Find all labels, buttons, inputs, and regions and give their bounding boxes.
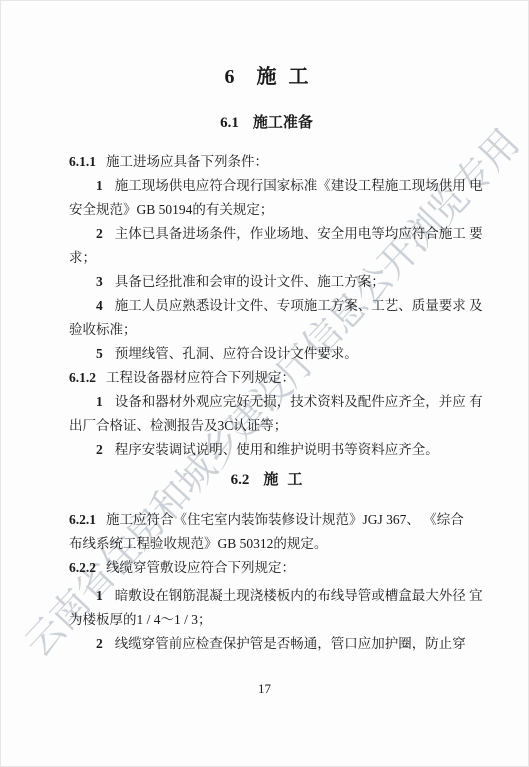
continuation-line: 验收标准； [69,318,464,342]
list-item: 3具备已经批准和会审的设计文件、施工方案； [69,270,464,294]
item-text: 施工现场供电应符合现行国家标准《建设工程施工现场供用 电 [115,178,483,193]
list-item: 1暗敷设在钢筋混凝土现浇楼板内的布线导管或槽盒最大外径 宜 [69,584,464,608]
clause-text: 工程设备器材应符合下列规定： [106,370,295,385]
item-number: 3 [96,274,103,289]
section-title-text: 施工 [263,472,311,488]
continuation-line: 布线系统工程验收规范》GB 50312的规定。 [69,532,464,556]
continuation-text: 布线系统工程验收规范》GB 50312的规定。 [69,536,327,551]
clause-number: 6.1.1 [69,154,96,169]
section-heading-6-1: 6.1施工准备 [69,113,464,133]
chapter-title: 6施工 [69,63,464,91]
continuation-line: 为楼板厚的1 / 4～1 / 3； [69,608,464,632]
item-number: 1 [96,588,103,603]
item-number: 4 [96,298,103,313]
item-text: 预埋线管、孔洞、应符合设计文件要求。 [115,346,358,361]
item-number: 2 [96,226,103,241]
item-text: 程序安装调试说明、使用和维护说明书等资料应齐全。 [115,442,439,457]
continuation-text: 验收标准； [69,322,137,337]
continuation-line: 安全规范》GB 50194的有关规定； [69,198,464,222]
document-page: 云南省住房和城乡建设厅信息公开浏览专用 6施工 6.1施工准备 6.1.1施工进… [0,0,529,767]
continuation-text: 为楼板厚的1 / 4～1 / 3； [69,612,212,627]
chapter-title-text: 施工 [257,66,321,88]
clause-text: 施工进场应具备下列条件： [106,154,268,169]
clause-number: 6.2.1 [69,512,96,527]
clause-6-2-2: 6.2.2线缆穿管敷设应符合下列规定： [69,556,464,580]
item-number: 5 [96,346,103,361]
item-number: 2 [96,442,103,457]
continuation-text: 安全规范》GB 50194的有关规定； [69,202,273,217]
list-item: 2线缆穿管前应检查保护管是否畅通，管口应加护圈，防止穿 [69,632,464,656]
continuation-text: 求； [69,250,96,265]
section-heading-6-2: 6.2施工 [69,470,464,490]
item-text: 主体已具备进场条件，作业场地、安全用电等均应符合施工 要 [115,226,483,241]
page-number: 17 [1,681,528,697]
list-item: 4施工人员应熟悉设计文件、专项施工方案、工艺、质量要求 及 [69,294,464,318]
item-text: 施工人员应熟悉设计文件、专项施工方案、工艺、质量要求 及 [115,298,483,313]
item-text: 具备已经批准和会审的设计文件、施工方案； [115,274,385,289]
clause-text: 线缆穿管敷设应符合下列规定： [106,560,295,575]
item-text: 设备和器材外观应完好无损，技术资料及配件应齐全，并应 有 [115,394,483,409]
clause-number: 6.2.2 [69,560,96,575]
list-item: 5预埋线管、孔洞、应符合设计文件要求。 [69,342,464,366]
continuation-text: 出厂合格证、检测报告及3C认证等； [69,418,287,433]
clause-text: 施工应符合《住宅室内装饰装修设计规范》JGJ 367、 《综合 [106,512,464,527]
section-number: 6.2 [231,472,250,488]
chapter-number: 6 [225,66,235,88]
clause-number: 6.1.2 [69,370,96,385]
list-item: 2程序安装调试说明、使用和维护说明书等资料应齐全。 [69,438,464,462]
clause-6-1-2: 6.1.2工程设备器材应符合下列规定： [69,366,464,390]
list-item: 2主体已具备进场条件，作业场地、安全用电等均应符合施工 要 [69,222,464,246]
list-item: 1施工现场供电应符合现行国家标准《建设工程施工现场供用 电 [69,174,464,198]
item-number: 2 [96,636,103,651]
item-number: 1 [96,178,103,193]
item-number: 1 [96,394,103,409]
item-text: 线缆穿管前应检查保护管是否畅通，管口应加护圈，防止穿 [115,636,466,651]
continuation-line: 出厂合格证、检测报告及3C认证等； [69,414,464,438]
clause-6-1-1: 6.1.1施工进场应具备下列条件： [69,150,464,174]
list-item: 1设备和器材外观应完好无损，技术资料及配件应齐全，并应 有 [69,390,464,414]
page-content: 6施工 6.1施工准备 6.1.1施工进场应具备下列条件： 1施工现场供电应符合… [1,1,528,656]
continuation-line: 求； [69,246,464,270]
section-number: 6.1 [220,115,239,131]
clause-6-2-1: 6.2.1施工应符合《住宅室内装饰装修设计规范》JGJ 367、 《综合 [69,508,464,532]
item-text: 暗敷设在钢筋混凝土现浇楼板内的布线导管或槽盒最大外径 宜 [115,588,483,603]
section-title-text: 施工准备 [253,115,313,131]
